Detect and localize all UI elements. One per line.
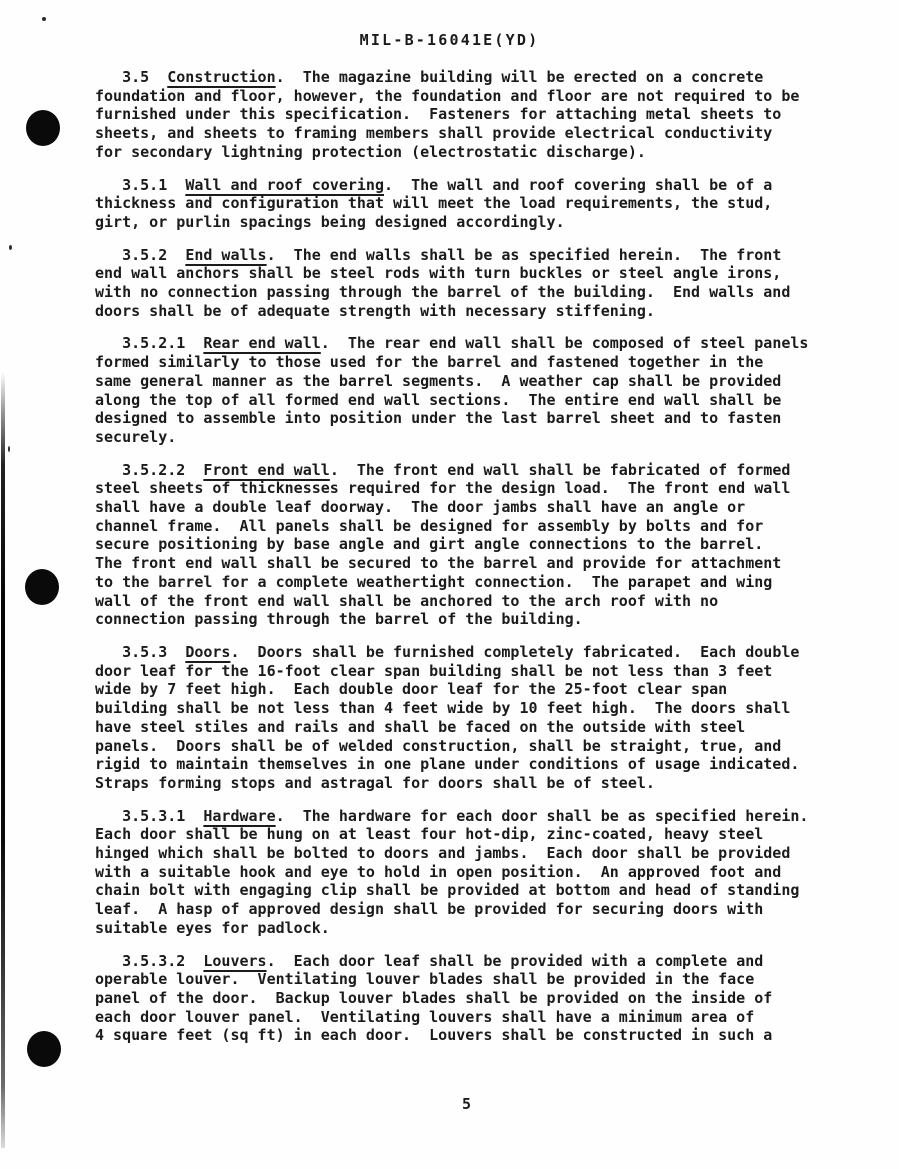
text-line: suitable eyes for padlock. [95, 919, 835, 938]
text-line: formed similarly to those used for the b… [95, 353, 835, 372]
section-heading: Front end wall [203, 461, 329, 479]
binder-hole-mark [26, 110, 60, 146]
section-number: 3.5.2 [95, 246, 185, 264]
text-line: thickness and configuration that will me… [95, 194, 835, 213]
text-line: furnished under this specification. Fast… [95, 105, 835, 124]
section-heading: Construction [167, 68, 275, 86]
paragraph-3.5.3.1: 3.5.3.1 Hardware. The hardware for each … [95, 807, 835, 938]
section-heading: Wall and roof covering [185, 176, 384, 194]
text-line: along the top of all formed end wall sec… [95, 391, 835, 410]
text-line: chain bolt with engaging clip shall be p… [95, 881, 835, 900]
section-heading: Hardware [203, 807, 275, 825]
text-line: girt, or purlin spacings being designed … [95, 213, 835, 232]
section-number: 3.5.3.2 [95, 952, 203, 970]
section-number: 3.5.2.2 [95, 461, 203, 479]
scan-edge-line [1, 372, 5, 1148]
text-line: 3.5.3.1 Hardware. The hardware for each … [95, 807, 835, 826]
text-line: sheets, and sheets to framing members sh… [95, 124, 835, 143]
paragraph-text: . The magazine building will be erected … [276, 68, 764, 86]
text-line: The front end wall shall be secured to t… [95, 554, 835, 573]
text-line: 3.5 Construction. The magazine building … [95, 68, 835, 87]
paragraph-text: . The end walls shall be as specified he… [267, 246, 782, 264]
text-line: channel frame. All panels shall be desig… [95, 517, 835, 536]
text-line: doors shall be of adequate strength with… [95, 302, 835, 321]
binder-hole-mark [25, 569, 59, 605]
text-line: 4 square feet (sq ft) in each door. Louv… [95, 1026, 835, 1045]
document-body: 3.5 Construction. The magazine building … [95, 68, 835, 1059]
paragraph-text: . Each door leaf shall be provided with … [267, 952, 764, 970]
text-line: panel of the door. Backup louver blades … [95, 989, 835, 1008]
text-line: 3.5.2 End walls. The end walls shall be … [95, 246, 835, 265]
section-number: 3.5 [95, 68, 167, 86]
scan-speck [42, 17, 46, 21]
paragraph-text: . The front end wall shall be fabricated… [330, 461, 791, 479]
section-heading: Louvers [203, 952, 266, 970]
text-line: with no connection passing through the b… [95, 283, 835, 302]
paragraph-3.5.2.2: 3.5.2.2 Front end wall. The front end wa… [95, 461, 835, 629]
paragraph-3.5.1: 3.5.1 Wall and roof covering. The wall a… [95, 176, 835, 232]
section-heading: Rear end wall [203, 334, 320, 352]
text-line: securely. [95, 428, 835, 447]
section-number: 3.5.3.1 [95, 807, 203, 825]
paragraph-text: . The hardware for each door shall be as… [276, 807, 809, 825]
text-line: 3.5.1 Wall and roof covering. The wall a… [95, 176, 835, 195]
text-line: to the barrel for a complete weathertigh… [95, 573, 835, 592]
text-line: building shall be not less than 4 feet w… [95, 699, 835, 718]
text-line: same general manner as the barrel segmen… [95, 372, 835, 391]
paragraph-3.5: 3.5 Construction. The magazine building … [95, 68, 835, 162]
text-line: panels. Doors shall be of welded constru… [95, 737, 835, 756]
paragraph-3.5.2: 3.5.2 End walls. The end walls shall be … [95, 246, 835, 321]
scan-speck [8, 446, 10, 452]
paragraph-3.5.2.1: 3.5.2.1 Rear end wall. The rear end wall… [95, 334, 835, 446]
text-line: 3.5.3.2 Louvers. Each door leaf shall be… [95, 952, 835, 971]
page-number: 5 [462, 1095, 471, 1113]
section-number: 3.5.3 [95, 643, 185, 661]
scan-speck [9, 245, 12, 250]
paragraph-text: . The wall and roof covering shall be of… [384, 176, 772, 194]
text-line: 3.5.3 Doors. Doors shall be furnished co… [95, 643, 835, 662]
text-line: for secondary lightning protection (elec… [95, 143, 835, 162]
text-line: Straps forming stops and astragal for do… [95, 774, 835, 793]
binder-hole-mark [27, 1031, 61, 1067]
text-line: door leaf for the 16-foot clear span bui… [95, 662, 835, 681]
text-line: steel sheets of thicknesses required for… [95, 479, 835, 498]
document-id-header: MIL-B-16041E(YD) [0, 31, 899, 49]
paragraph-text: . The rear end wall shall be composed of… [321, 334, 809, 352]
text-line: wall of the front end wall shall be anch… [95, 592, 835, 611]
text-line: designed to assemble into position under… [95, 409, 835, 428]
text-line: end wall anchors shall be steel rods wit… [95, 264, 835, 283]
text-line: connection passing through the barrel of… [95, 610, 835, 629]
paragraph-3.5.3.2: 3.5.3.2 Louvers. Each door leaf shall be… [95, 952, 835, 1046]
text-line: hinged which shall be bolted to doors an… [95, 844, 835, 863]
section-heading: End walls [185, 246, 266, 264]
text-line: each door louver panel. Ventilating louv… [95, 1008, 835, 1027]
scanned-document-page: MIL-B-16041E(YD) 3.5 Construction. The m… [0, 0, 899, 1169]
text-line: with a suitable hook and eye to hold in … [95, 863, 835, 882]
text-line: have steel stiles and rails and shall be… [95, 718, 835, 737]
paragraph-3.5.3: 3.5.3 Doors. Doors shall be furnished co… [95, 643, 835, 793]
section-heading: Doors [185, 643, 230, 661]
text-line: 3.5.2.2 Front end wall. The front end wa… [95, 461, 835, 480]
text-line: shall have a double leaf doorway. The do… [95, 498, 835, 517]
paragraph-text: . Doors shall be furnished completely fa… [230, 643, 799, 661]
text-line: rigid to maintain themselves in one plan… [95, 755, 835, 774]
text-line: secure positioning by base angle and gir… [95, 535, 835, 554]
text-line: wide by 7 feet high. Each double door le… [95, 680, 835, 699]
text-line: operable louver. Ventilating louver blad… [95, 970, 835, 989]
section-number: 3.5.1 [95, 176, 185, 194]
text-line: foundation and floor, however, the found… [95, 87, 835, 106]
text-line: 3.5.2.1 Rear end wall. The rear end wall… [95, 334, 835, 353]
text-line: Each door shall be hung on at least four… [95, 825, 835, 844]
text-line: leaf. A hasp of approved design shall be… [95, 900, 835, 919]
section-number: 3.5.2.1 [95, 334, 203, 352]
